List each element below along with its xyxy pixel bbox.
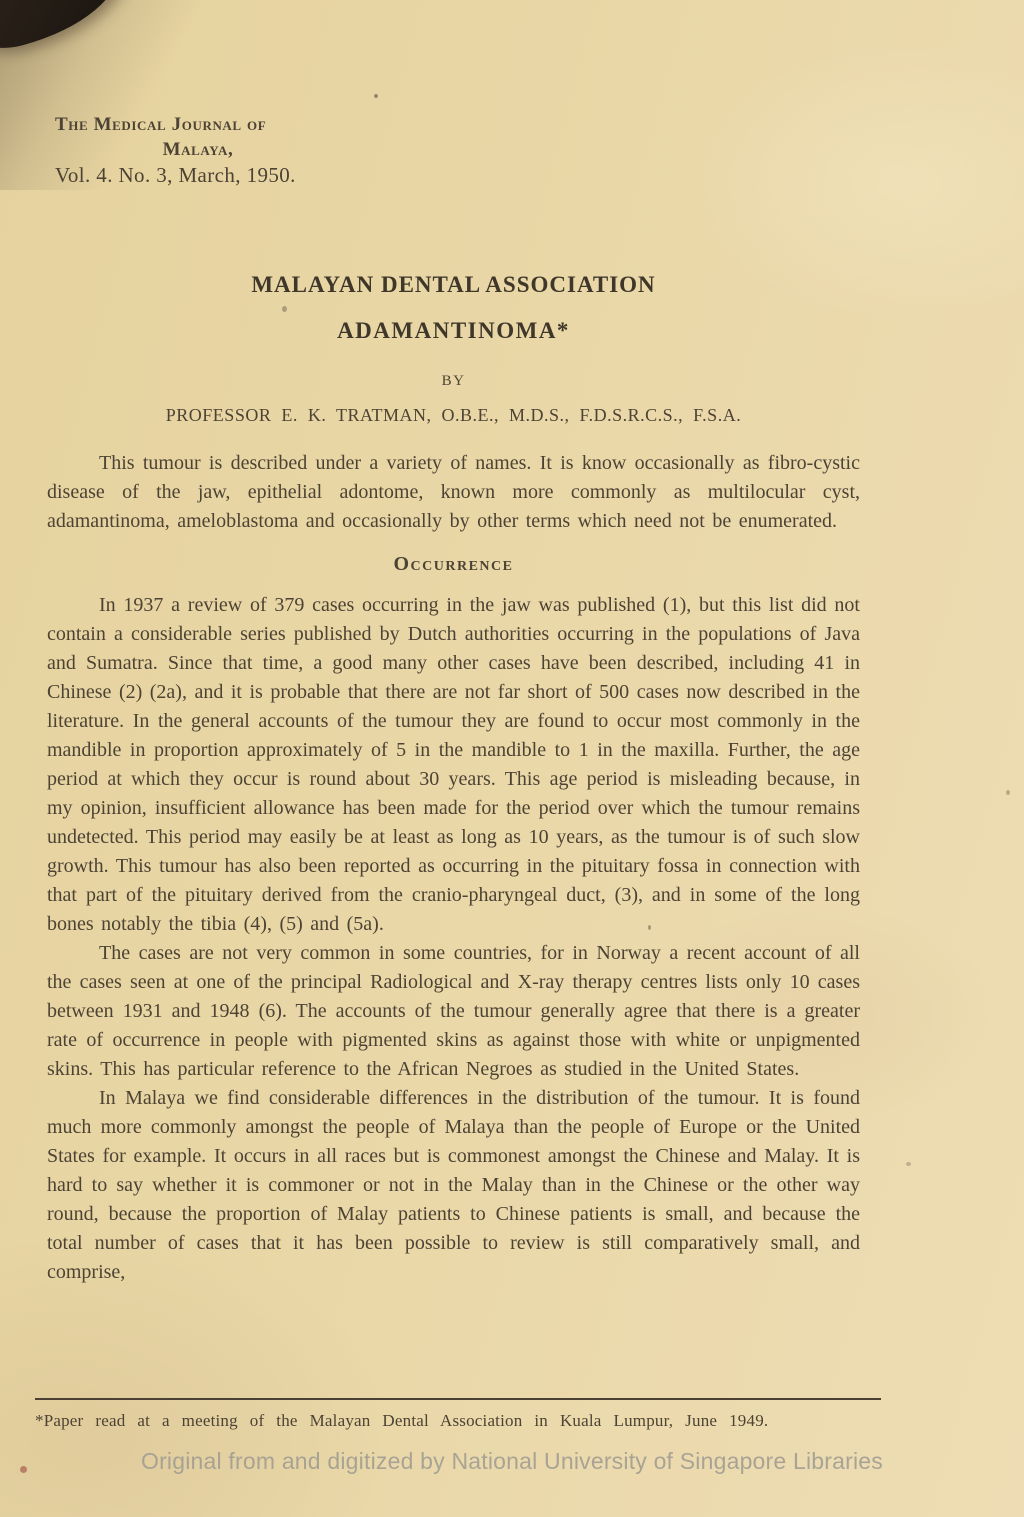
article-subtitle: ADAMANTINOMA* <box>47 318 860 344</box>
journal-masthead: The Medical Journal of Malaya, Vol. 4. N… <box>55 112 341 188</box>
section-heading-occurrence: Occurrence <box>47 550 860 579</box>
library-watermark: Original from and digitized by National … <box>0 1448 1024 1475</box>
footnote: *Paper read at a meeting of the Malayan … <box>35 1398 881 1431</box>
body-paragraph: In Malaya we find considerable differenc… <box>47 1084 860 1287</box>
scan-speck <box>1006 790 1010 795</box>
article-title-block: MALAYAN DENTAL ASSOCIATION ADAMANTINOMA*… <box>47 272 860 426</box>
footnote-text: *Paper read at a meeting of the Malayan … <box>35 1411 768 1430</box>
intro-paragraph: This tumour is described under a variety… <box>47 449 860 536</box>
byline-label: BY <box>47 373 860 390</box>
author-name: PROFESSOR E. K. TRATMAN, O.B.E., M.D.S.,… <box>47 405 860 426</box>
scan-speck <box>374 94 378 98</box>
scanned-journal-page: The Medical Journal of Malaya, Vol. 4. N… <box>0 0 1024 1517</box>
journal-volume-issue-date: Vol. 4. No. 3, March, 1950. <box>55 163 341 188</box>
article-title: MALAYAN DENTAL ASSOCIATION <box>47 272 860 298</box>
journal-name-line2: Malaya, <box>55 137 341 162</box>
body-paragraph: The cases are not very common in some co… <box>47 939 860 1084</box>
body-paragraph: In 1937 a review of 379 cases occurring … <box>47 591 860 939</box>
scan-corner-artifact <box>0 0 131 58</box>
scan-speck <box>906 1162 911 1166</box>
article-body: This tumour is described under a variety… <box>47 449 860 1287</box>
journal-name-line1: The Medical Journal of <box>55 112 341 137</box>
